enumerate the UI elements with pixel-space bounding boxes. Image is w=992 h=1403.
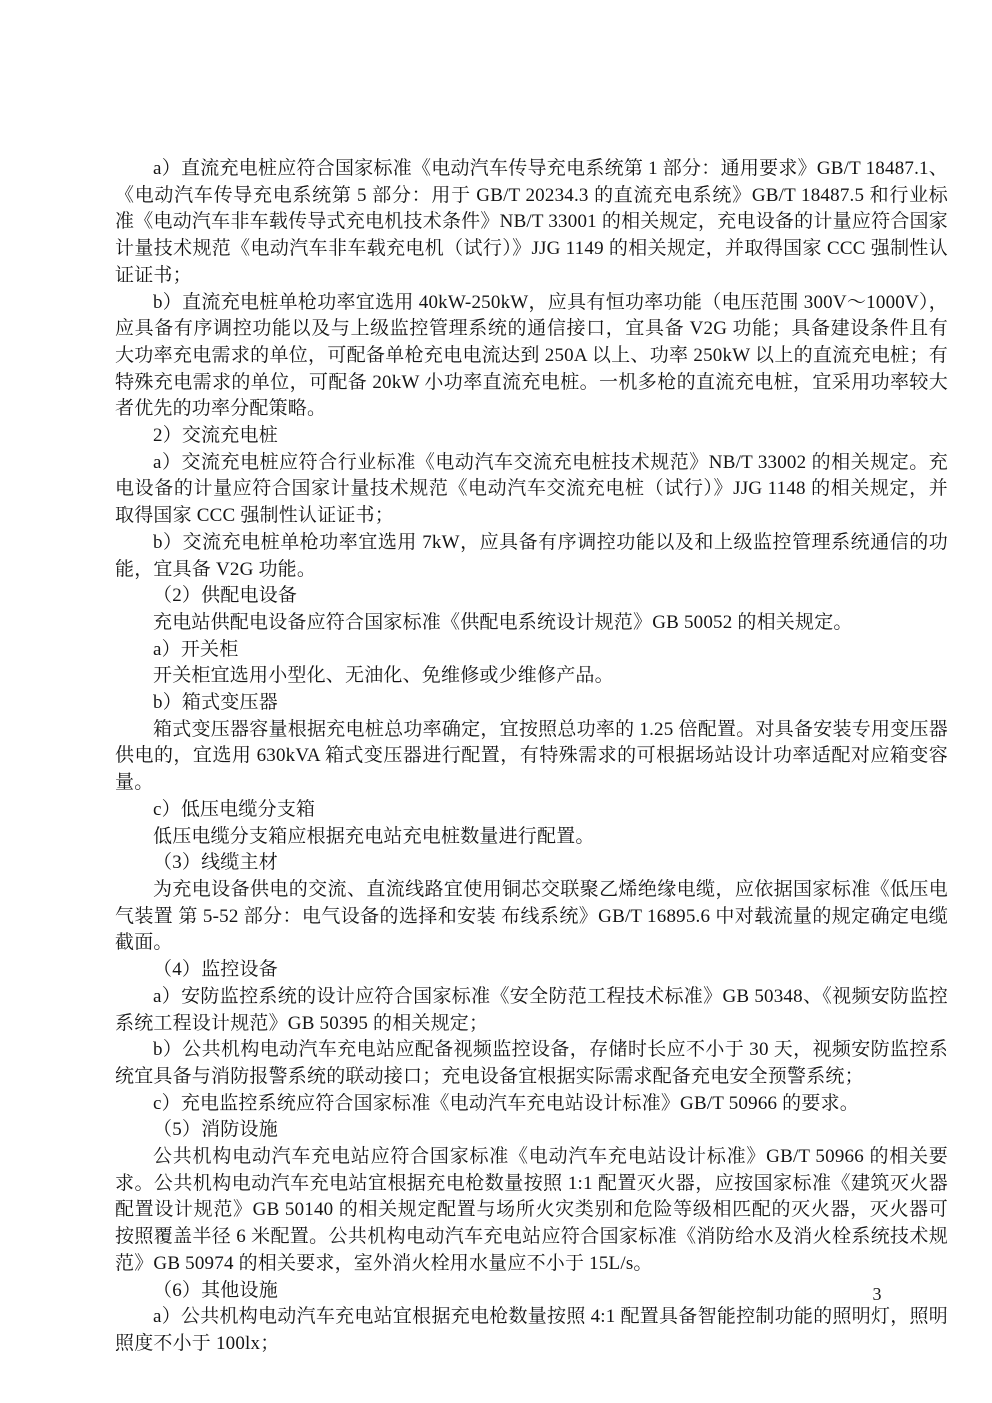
paragraph: （5）消防设施 (115, 1117, 948, 1144)
paragraph: （6）其他设施 (115, 1278, 948, 1305)
paragraph: （2）供配电设备 (115, 583, 948, 610)
paragraph: 开关柜宜选用小型化、无油化、免维修或少维修产品。 (115, 663, 948, 690)
paragraph: 为充电设备供电的交流、直流线路宜使用铜芯交联聚乙烯绝缘电缆，应依据国家标准《低压… (115, 877, 948, 957)
document-body: a）直流充电桩应符合国家标准《电动汽车传导充电系统第 1 部分：通用要求》GB/… (115, 156, 948, 1358)
paragraph: a）开关柜 (115, 637, 948, 664)
paragraph: （4）监控设备 (115, 957, 948, 984)
paragraph: a）公共机构电动汽车充电站宜根据充电枪数量按照 4:1 配置具备智能控制功能的照… (115, 1304, 948, 1357)
paragraph: a）安防监控系统的设计应符合国家标准《安全防范工程技术标准》GB 50348、《… (115, 984, 948, 1037)
paragraph: b）交流充电桩单枪功率宜选用 7kW，应具备有序调控功能以及和上级监控管理系统通… (115, 530, 948, 583)
paragraph: （3）线缆主材 (115, 850, 948, 877)
paragraph: b）公共机构电动汽车充电站应配备视频监控设备，存储时长应不小于 30 天，视频安… (115, 1037, 948, 1090)
paragraph: c）充电监控系统应符合国家标准《电动汽车充电站设计标准》GB/T 50966 的… (115, 1091, 948, 1118)
paragraph: 充电站供配电设备应符合国家标准《供配电系统设计规范》GB 50052 的相关规定… (115, 610, 948, 637)
paragraph: 低压电缆分支箱应根据充电站充电桩数量进行配置。 (115, 824, 948, 851)
paragraph: 箱式变压器容量根据充电桩总功率确定，宜按照总功率的 1.25 倍配置。对具备安装… (115, 717, 948, 797)
paragraph: 公共机构电动汽车充电站应符合国家标准《电动汽车充电站设计标准》GB/T 5096… (115, 1144, 948, 1278)
paragraph: c）低压电缆分支箱 (115, 797, 948, 824)
paragraph: a）直流充电桩应符合国家标准《电动汽车传导充电系统第 1 部分：通用要求》GB/… (115, 156, 948, 290)
page-number: 3 (862, 1282, 892, 1306)
paragraph: b）直流充电桩单枪功率宜选用 40kW-250kW，应具有恒功率功能（电压范围 … (115, 290, 948, 424)
paragraph: 2）交流充电桩 (115, 423, 948, 450)
paragraph: b）箱式变压器 (115, 690, 948, 717)
paragraph: a）交流充电桩应符合行业标准《电动汽车交流充电桩技术规范》NB/T 33002 … (115, 450, 948, 530)
document-page: a）直流充电桩应符合国家标准《电动汽车传导充电系统第 1 部分：通用要求》GB/… (0, 0, 992, 1403)
